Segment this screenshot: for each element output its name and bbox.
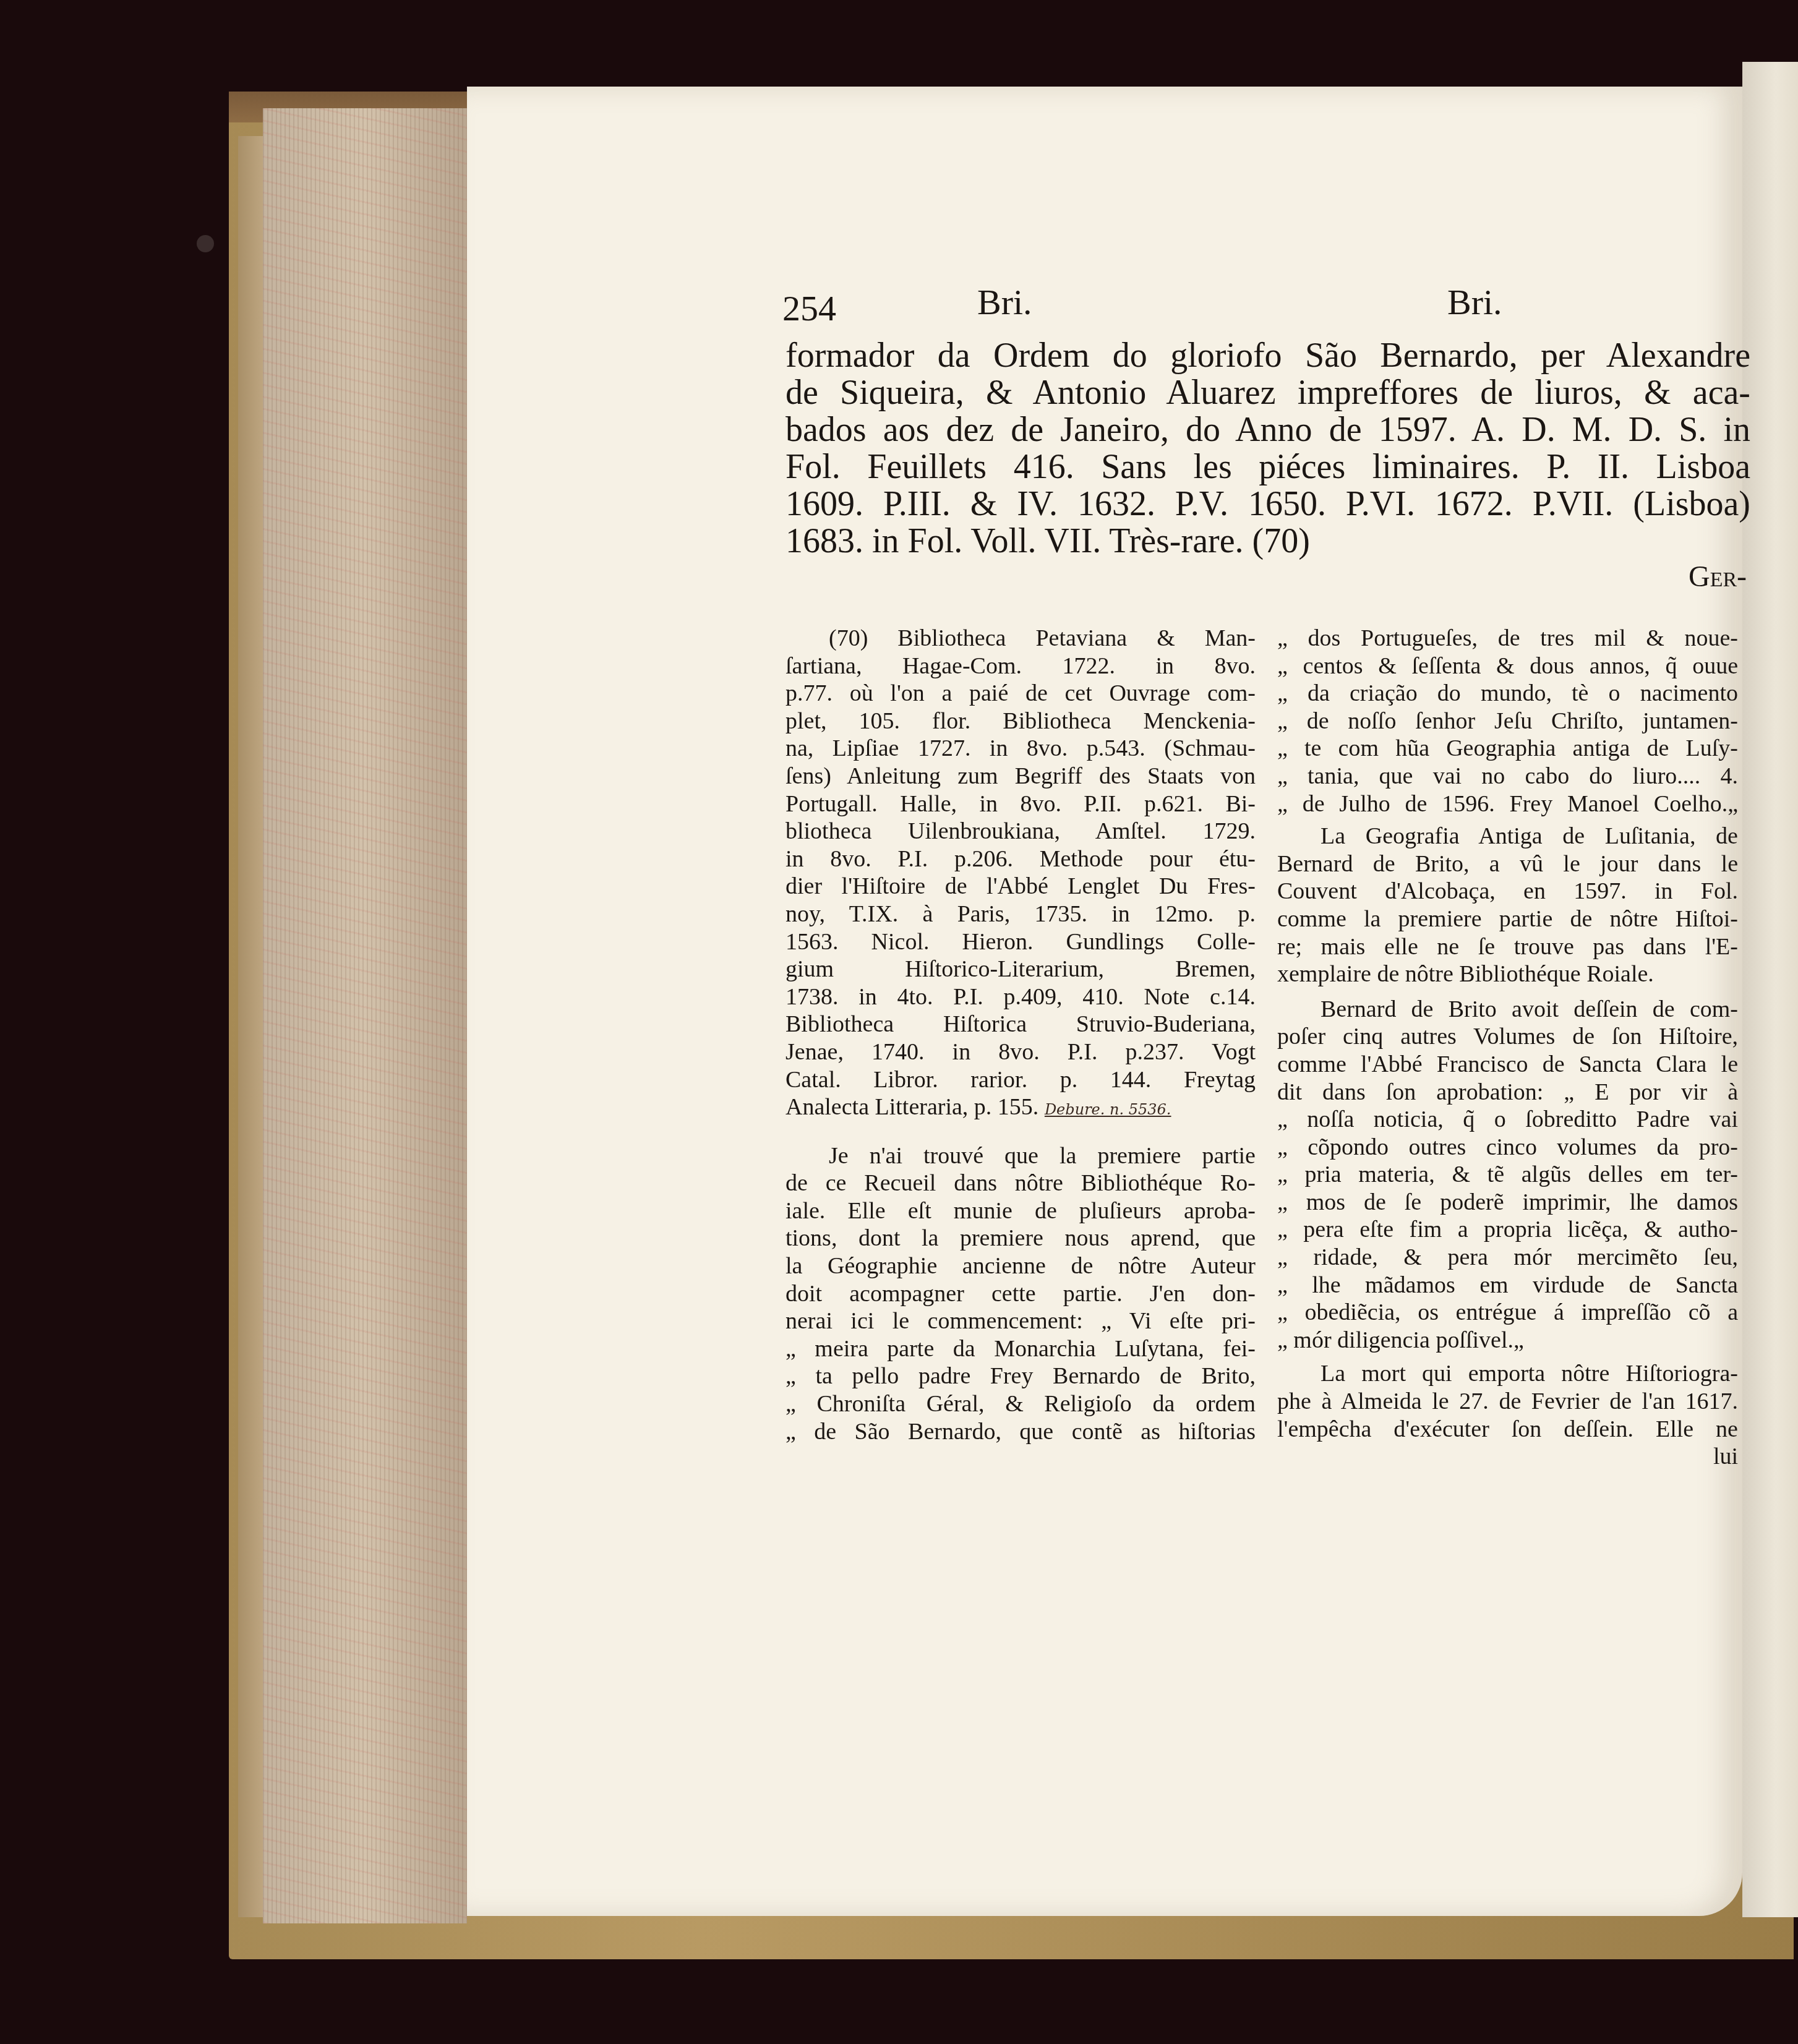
footnote-line: na, Lipſiae 1727. in 8vo. p.543. (Schmau… — [786, 735, 1256, 763]
paragraph-gap — [786, 1124, 1256, 1142]
paragraph-gap — [1277, 1354, 1738, 1360]
paragraph-line: „ obediẽcia, os entrégue á impreſſão cõ … — [1277, 1299, 1738, 1327]
paragraph-line: Bernard de Brito, a vû le jour dans le — [1277, 850, 1738, 878]
paragraph-line: la Géographie ancienne de nôtre Auteur — [786, 1252, 1256, 1280]
paragraph-line: „ cõpondo outres cinco volumes da pro- — [1277, 1134, 1738, 1161]
paragraph-line: La Geografia Antiga de Luſitania, de — [1277, 823, 1738, 850]
paragraph-line: „ ta pello padre Frey Bernardo de Brito, — [786, 1362, 1256, 1390]
paragraph-line: comme l'Abbé Francisco de Sancta Clara l… — [1277, 1051, 1738, 1079]
page-number: 254 — [782, 288, 836, 329]
paragraph-line: de ce Recueil dans nôtre Bibliothéque Ro… — [786, 1170, 1256, 1197]
paragraph-line: Bernard de Brito avoit deſſein de com- — [1277, 996, 1738, 1024]
footnote-line: 1563. Nicol. Hieron. Gundlings Colle- — [786, 928, 1256, 956]
footnote-line: Bibliotheca Hiſtorica Struvio-Buderiana, — [786, 1011, 1256, 1038]
paragraph-line: „ mór diligencia poſſivel.„ — [1277, 1327, 1738, 1354]
paragraph-gap — [1277, 988, 1738, 996]
footnote-line: gium Hiſtorico-Literarium, Bremen, — [786, 956, 1256, 983]
footnote-line: plet, 105. flor. Bibliotheca Menckenia- — [786, 708, 1256, 735]
footnote-line: ſens) Anleitung zum Begriff des Staats v… — [786, 763, 1256, 790]
quote-line: „ dos Portugueſes, de tres mil & noue- — [1277, 625, 1738, 652]
quote-line: „ de noſſo ſenhor Jeſu Chriſto, juntamen… — [1277, 708, 1738, 735]
footnote-line: Portugall. Halle, in 8vo. P.II. p.621. B… — [786, 790, 1256, 818]
paragraph-line: „ pria materia, & tẽ algũs delles em ter… — [1277, 1161, 1738, 1189]
paragraph-line: nerai ici le commencement: „ Vi eſte pri… — [786, 1307, 1256, 1335]
running-header: 254 Bri. Bri. — [782, 281, 1763, 325]
footnote-line: Catal. Libror. rarior. p. 144. Freytag — [786, 1066, 1256, 1094]
catchword-main: Ger- — [1689, 560, 1747, 594]
paragraph-line: „ ridade, & pera mór mercimẽto ſeu, — [1277, 1244, 1738, 1272]
footnote-line: noy, T.IX. à Paris, 1735. in 12mo. p. — [786, 900, 1256, 928]
paragraph-line: „ Chroniſta Géral, & Religioſo da ordem — [786, 1390, 1256, 1418]
main-line: bados aos dez de Janeiro, do Anno de 159… — [786, 411, 1750, 448]
footnote-line: Jenae, 1740. in 8vo. P.I. p.237. Vogt — [786, 1038, 1256, 1066]
footnote-line: ſartiana, Hagae-Com. 1722. in 8vo. — [786, 652, 1256, 680]
footnote-text: Analecta Litteraria, p. 155. — [786, 1094, 1038, 1120]
quote-line: „ te com hũa Geographia antiga de Luſy- — [1277, 735, 1738, 763]
footnote-line: dier l'Hiſtoire de l'Abbé Lenglet Du Fre… — [786, 873, 1256, 900]
facing-page-edge — [1742, 62, 1798, 1917]
paragraph-line: „ de São Bernardo, que contẽ as hiſtoria… — [786, 1418, 1256, 1446]
footnote-line-last: Analecta Litteraria, p. 155. Debure. n. … — [786, 1093, 1256, 1124]
paragraph-line: re; mais elle ne ſe trouve pas dans l'E- — [1277, 933, 1738, 961]
paragraph-line: iale. Elle eſt munie de pluſieurs aproba… — [786, 1197, 1256, 1225]
quote-line: „ da criação do mundo, tè o nacimento — [1277, 680, 1738, 708]
paragraph-line: „ lhe mãdamos em virdude de Sancta — [1277, 1272, 1738, 1299]
paragraph-line: La mort qui emporta nôtre Hiſtoriogra- — [1277, 1360, 1738, 1388]
quote-line: „ de Julho de 1596. Frey Manoel Coelho.„ — [1277, 790, 1738, 818]
footnote-line: p.77. où l'on a paié de cet Ouvrage com- — [786, 680, 1256, 708]
paragraph-line: „ meira parte da Monarchia Luſytana, fei… — [786, 1335, 1256, 1363]
main-line: 1683. in Fol. Voll. VII. Très-rare. (70) — [786, 523, 1750, 560]
paragraph-line: l'empêcha d'exécuter ſon deſſein. Elle n… — [1277, 1416, 1738, 1443]
paragraph-line: Couvent d'Alcobaça, en 1597. in Fol. — [1277, 878, 1738, 905]
paragraph-line: poſer cinq autres Volumes de ſon Hiſtoir… — [1277, 1023, 1738, 1051]
catchword-bottom: lui — [1277, 1443, 1738, 1471]
footnote-line: bliotheca Uilenbroukiana, Amſtel. 1729. — [786, 818, 1256, 845]
paragraph-line: comme la premiere partie de nôtre Hiſtoi… — [1277, 905, 1738, 933]
paragraph-line: dit dans ſon aprobation: „ E por vir à — [1277, 1079, 1738, 1106]
paragraph-line: „ mos de ſe poderẽ imprimir, lhe damos — [1277, 1189, 1738, 1217]
paragraph-line: Je n'ai trouvé que la premiere partie — [786, 1142, 1256, 1170]
running-head-right: Bri. — [1447, 281, 1502, 323]
main-entry: formador da Ordem do gloriofo São Bernar… — [786, 337, 1750, 560]
binding-strip — [238, 136, 266, 1917]
paragraph-line: „ pera eſte fim a propria licẽça, & auth… — [1277, 1216, 1738, 1244]
page-fore-edge — [263, 108, 467, 1923]
footnote-line: 1738. in 4to. P.I. p.409, 410. Note c.14… — [786, 983, 1256, 1011]
paragraph-line: „ noſſa noticia, q̃ o ſobreditto Padre v… — [1277, 1106, 1738, 1134]
footnote-line: (70) Bibliotheca Petaviana & Man- — [786, 625, 1256, 652]
right-column: „ dos Portugueſes, de tres mil & noue- „… — [1277, 625, 1738, 1471]
paragraph-line: phe à Almeida le 27. de Fevrier de l'an … — [1277, 1388, 1738, 1416]
main-line: formador da Ordem do gloriofo São Bernar… — [786, 337, 1750, 374]
footnote-line: in 8vo. P.I. p.206. Methode pour étu- — [786, 845, 1256, 873]
main-line: de Siqueira, & Antonio Aluarez impreffor… — [786, 374, 1750, 411]
main-line: 1609. P.III. & IV. 1632. P.V. 1650. P.VI… — [786, 485, 1750, 523]
paragraph-line: tions, dont la premiere nous aprend, que — [786, 1225, 1256, 1252]
running-head-left: Bri. — [977, 281, 1032, 323]
paragraph-line: doit acompagner cette partie. J'en don- — [786, 1280, 1256, 1308]
left-column: (70) Bibliotheca Petaviana & Man- ſartia… — [786, 625, 1256, 1445]
quote-line: „ tania, que vai no cabo do liuro.... 4. — [1277, 763, 1738, 790]
cover-stain — [197, 235, 214, 252]
paragraph-gap — [1277, 818, 1738, 823]
main-line: Fol. Feuillets 416. Sans les piéces limi… — [786, 448, 1750, 485]
paragraph-line: xemplaire de nôtre Bibliothéque Roiale. — [1277, 960, 1738, 988]
quote-line: „ centos & ſeſſenta & dous annos, q̃ ouu… — [1277, 652, 1738, 680]
handwritten-annotation: Debure. n. 5536. — [1045, 1101, 1171, 1118]
